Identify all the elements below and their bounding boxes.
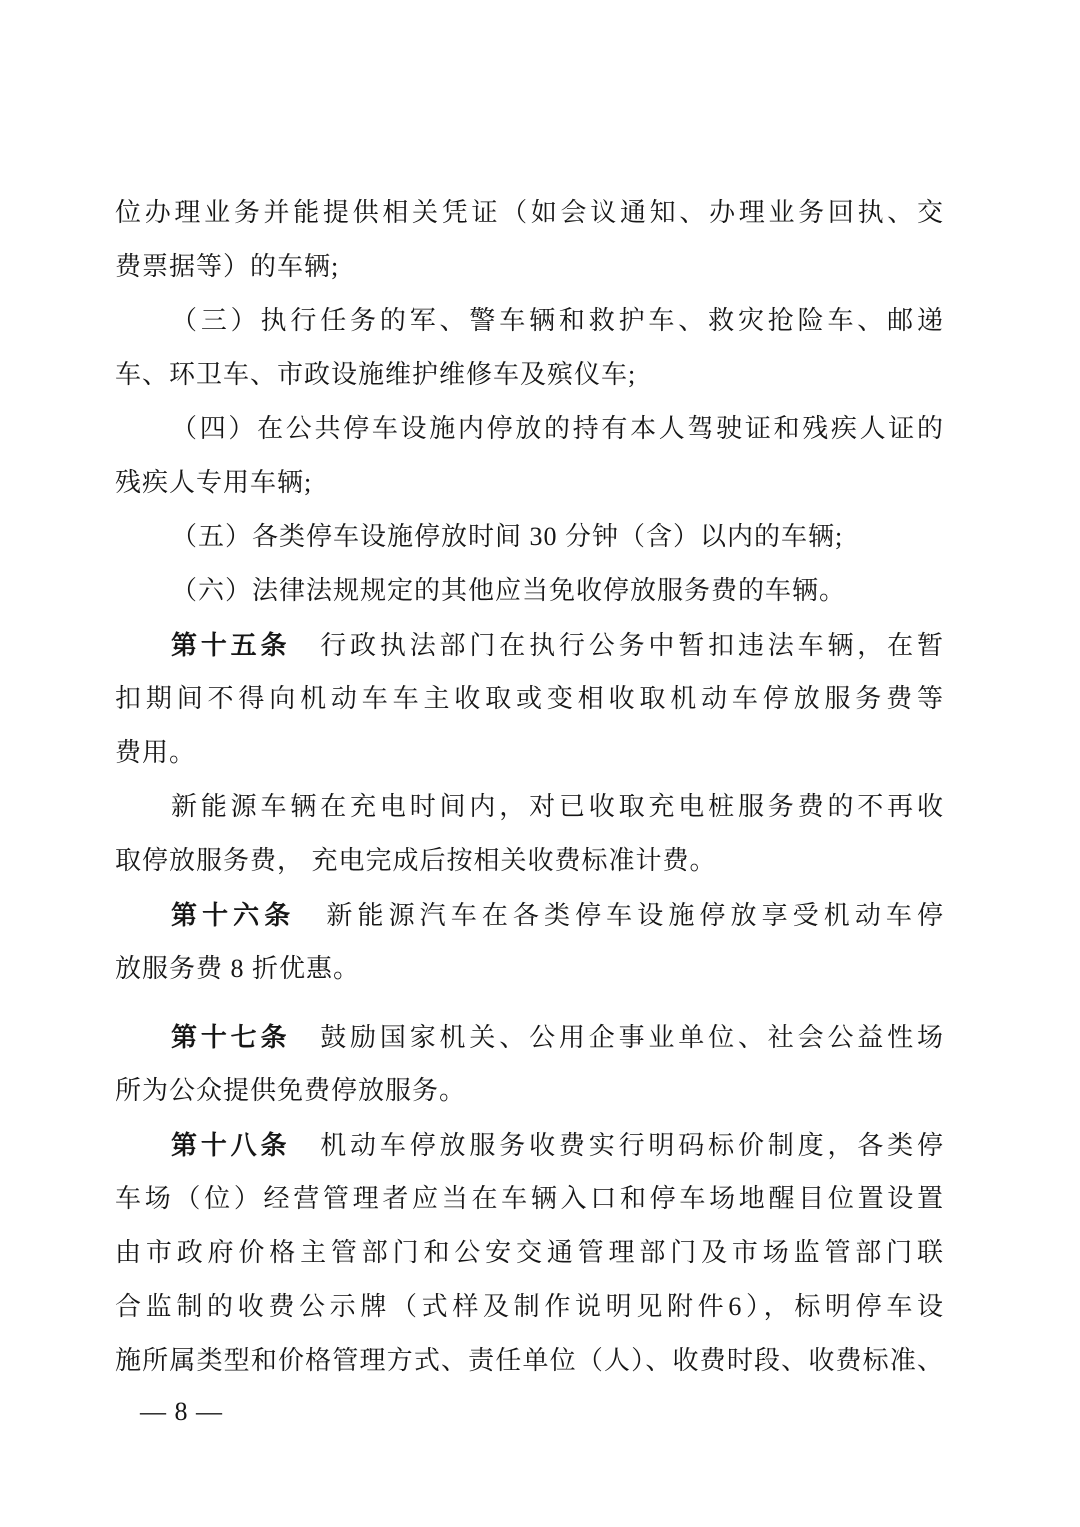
document-page: 位办理业务并能提供相关凭证（如会议通知、办理业务回执、交费票据等）的车辆;（三）…	[0, 0, 1080, 1527]
line-text: 新能源汽车在各类停车设施停放享受机动车停	[295, 901, 943, 930]
text-line: 第十七条 鼓励国家机关、公用企事业单位、社会公益性场	[115, 1010, 943, 1064]
text-line: 残疾人专用车辆;	[115, 456, 943, 510]
text-line: 第十八条 机动车停放服务收费实行明码标价制度，各类停	[115, 1118, 943, 1172]
line-text: 位办理业务并能提供相关凭证（如会议通知、办理业务回执、交	[115, 198, 943, 227]
text-line: 费票据等）的车辆;	[115, 240, 943, 294]
line-text: 鼓励国家机关、公用企事业单位、社会公益性场	[290, 1023, 943, 1052]
article-number: 第十五条	[171, 630, 290, 660]
text-line: 新能源车辆在充电时间内，对已收取充电桩服务费的不再收	[115, 780, 943, 834]
text-line: 合监制的收费公示牌（式样及制作说明见附件6），标明停车设	[115, 1280, 943, 1334]
line-text: 行政执法部门在执行公务中暂扣违法车辆，在暂	[290, 631, 943, 660]
text-line: 取停放服务费， 充电完成后按相关收费标准计费。	[115, 834, 943, 888]
line-text: 费票据等）的车辆;	[115, 252, 339, 281]
text-line: 第十五条 行政执法部门在执行公务中暂扣违法车辆，在暂	[115, 618, 943, 672]
line-text: 车、环卫车、市政设施维护维修车及殡仪车;	[115, 360, 636, 389]
text-line: 施所属类型和价格管理方式、责任单位（人）、收费时段、收费标准、	[115, 1334, 943, 1388]
line-text: （三）执行任务的军、警车辆和救护车、救灾抢险车、邮递	[171, 306, 943, 335]
text-line: 车、环卫车、市政设施维护维修车及殡仪车;	[115, 348, 943, 402]
page-number: — 8 —	[140, 1392, 223, 1432]
text-line: 费用。	[115, 726, 943, 780]
text-line: 第十六条 新能源汽车在各类停车设施停放享受机动车停	[115, 888, 943, 942]
line-text: 施所属类型和价格管理方式、责任单位（人）、收费时段、收费标准、	[115, 1346, 943, 1375]
document-body: 位办理业务并能提供相关凭证（如会议通知、办理业务回执、交费票据等）的车辆;（三）…	[115, 186, 943, 1388]
text-line: （六）法律法规规定的其他应当免收停放服务费的车辆。	[115, 564, 943, 618]
article-number: 第十六条	[171, 900, 295, 930]
line-text: 费用。	[115, 738, 196, 767]
line-text: 由市政府价格主管部门和公安交通管理部门及市场监管部门联	[115, 1238, 943, 1267]
text-line: 放服务费 8 折优惠。	[115, 942, 943, 996]
line-text: 残疾人专用车辆;	[115, 468, 312, 497]
text-line: 所为公众提供免费停放服务。	[115, 1064, 943, 1118]
text-line: 由市政府价格主管部门和公安交通管理部门及市场监管部门联	[115, 1226, 943, 1280]
line-text: （五）各类停车设施停放时间 30 分钟（含）以内的车辆;	[171, 522, 843, 551]
text-line: 车场（位）经营管理者应当在车辆入口和停车场地醒目位置设置	[115, 1172, 943, 1226]
line-text: 放服务费 8 折优惠。	[115, 954, 360, 983]
text-line: 位办理业务并能提供相关凭证（如会议通知、办理业务回执、交	[115, 186, 943, 240]
line-text: （四）在公共停车设施内停放的持有本人驾驶证和残疾人证的	[171, 414, 943, 443]
article-number: 第十七条	[171, 1022, 290, 1052]
text-line: （五）各类停车设施停放时间 30 分钟（含）以内的车辆;	[115, 510, 943, 564]
line-text: 所为公众提供免费停放服务。	[115, 1076, 466, 1105]
text-line: （四）在公共停车设施内停放的持有本人驾驶证和残疾人证的	[115, 402, 943, 456]
line-text: 扣期间不得向机动车车主收取或变相收取机动车停放服务费等	[115, 684, 943, 713]
text-line: 扣期间不得向机动车车主收取或变相收取机动车停放服务费等	[115, 672, 943, 726]
line-text: 机动车停放服务收费实行明码标价制度，各类停	[290, 1131, 943, 1160]
line-text: 新能源车辆在充电时间内，对已收取充电桩服务费的不再收	[171, 792, 943, 821]
line-text: （六）法律法规规定的其他应当免收停放服务费的车辆。	[171, 576, 846, 605]
line-text: 车场（位）经营管理者应当在车辆入口和停车场地醒目位置设置	[115, 1184, 943, 1213]
text-line: （三）执行任务的军、警车辆和救护车、救灾抢险车、邮递	[115, 294, 943, 348]
article-number: 第十八条	[171, 1130, 290, 1160]
line-text: 合监制的收费公示牌（式样及制作说明见附件6），标明停车设	[115, 1292, 943, 1321]
line-text: 取停放服务费， 充电完成后按相关收费标准计费。	[115, 846, 717, 875]
